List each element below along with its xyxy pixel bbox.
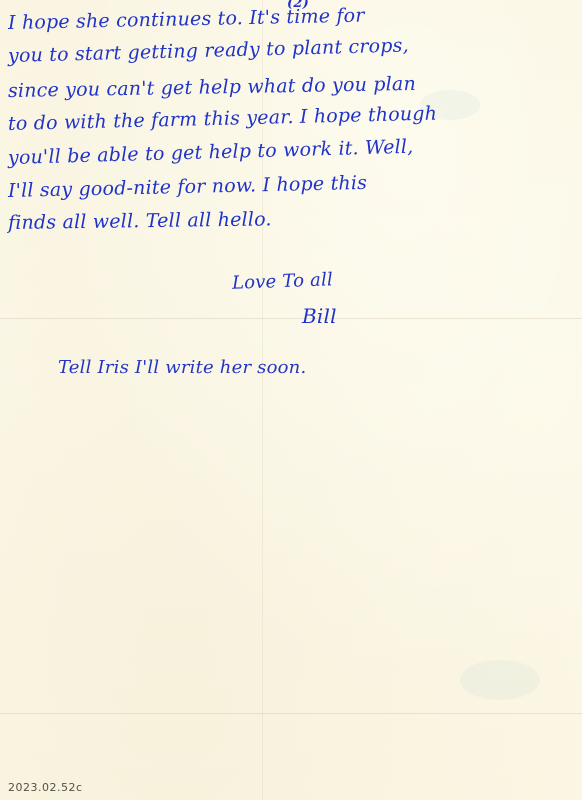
letter-line-1: I hope she continues to. It's time for	[8, 5, 365, 34]
letter-line-6: I'll say good-nite for now. I hope this	[8, 172, 368, 202]
letter-line-7: finds all well. Tell all hello.	[8, 208, 272, 234]
closing-salutation: Love To all	[232, 269, 334, 294]
letter-line-4: to do with the farm this year. I hope th…	[8, 103, 438, 135]
letter-line-2: you to start getting ready to plant crop…	[8, 35, 409, 67]
paper-stain	[460, 660, 540, 700]
letter-line-3: since you can't get help what do you pla…	[8, 73, 416, 102]
postscript: Tell Iris I'll write her soon.	[58, 357, 306, 378]
letter-line-5: you'll be able to get help to work it. W…	[8, 136, 414, 169]
paper-fold-line	[0, 713, 582, 714]
paper-fold-line	[0, 318, 582, 319]
signature: Bill	[302, 304, 337, 328]
catalog-number: 2023.02.52c	[8, 781, 83, 794]
letter-page: (2) I hope she continues to. It's time f…	[0, 0, 582, 800]
